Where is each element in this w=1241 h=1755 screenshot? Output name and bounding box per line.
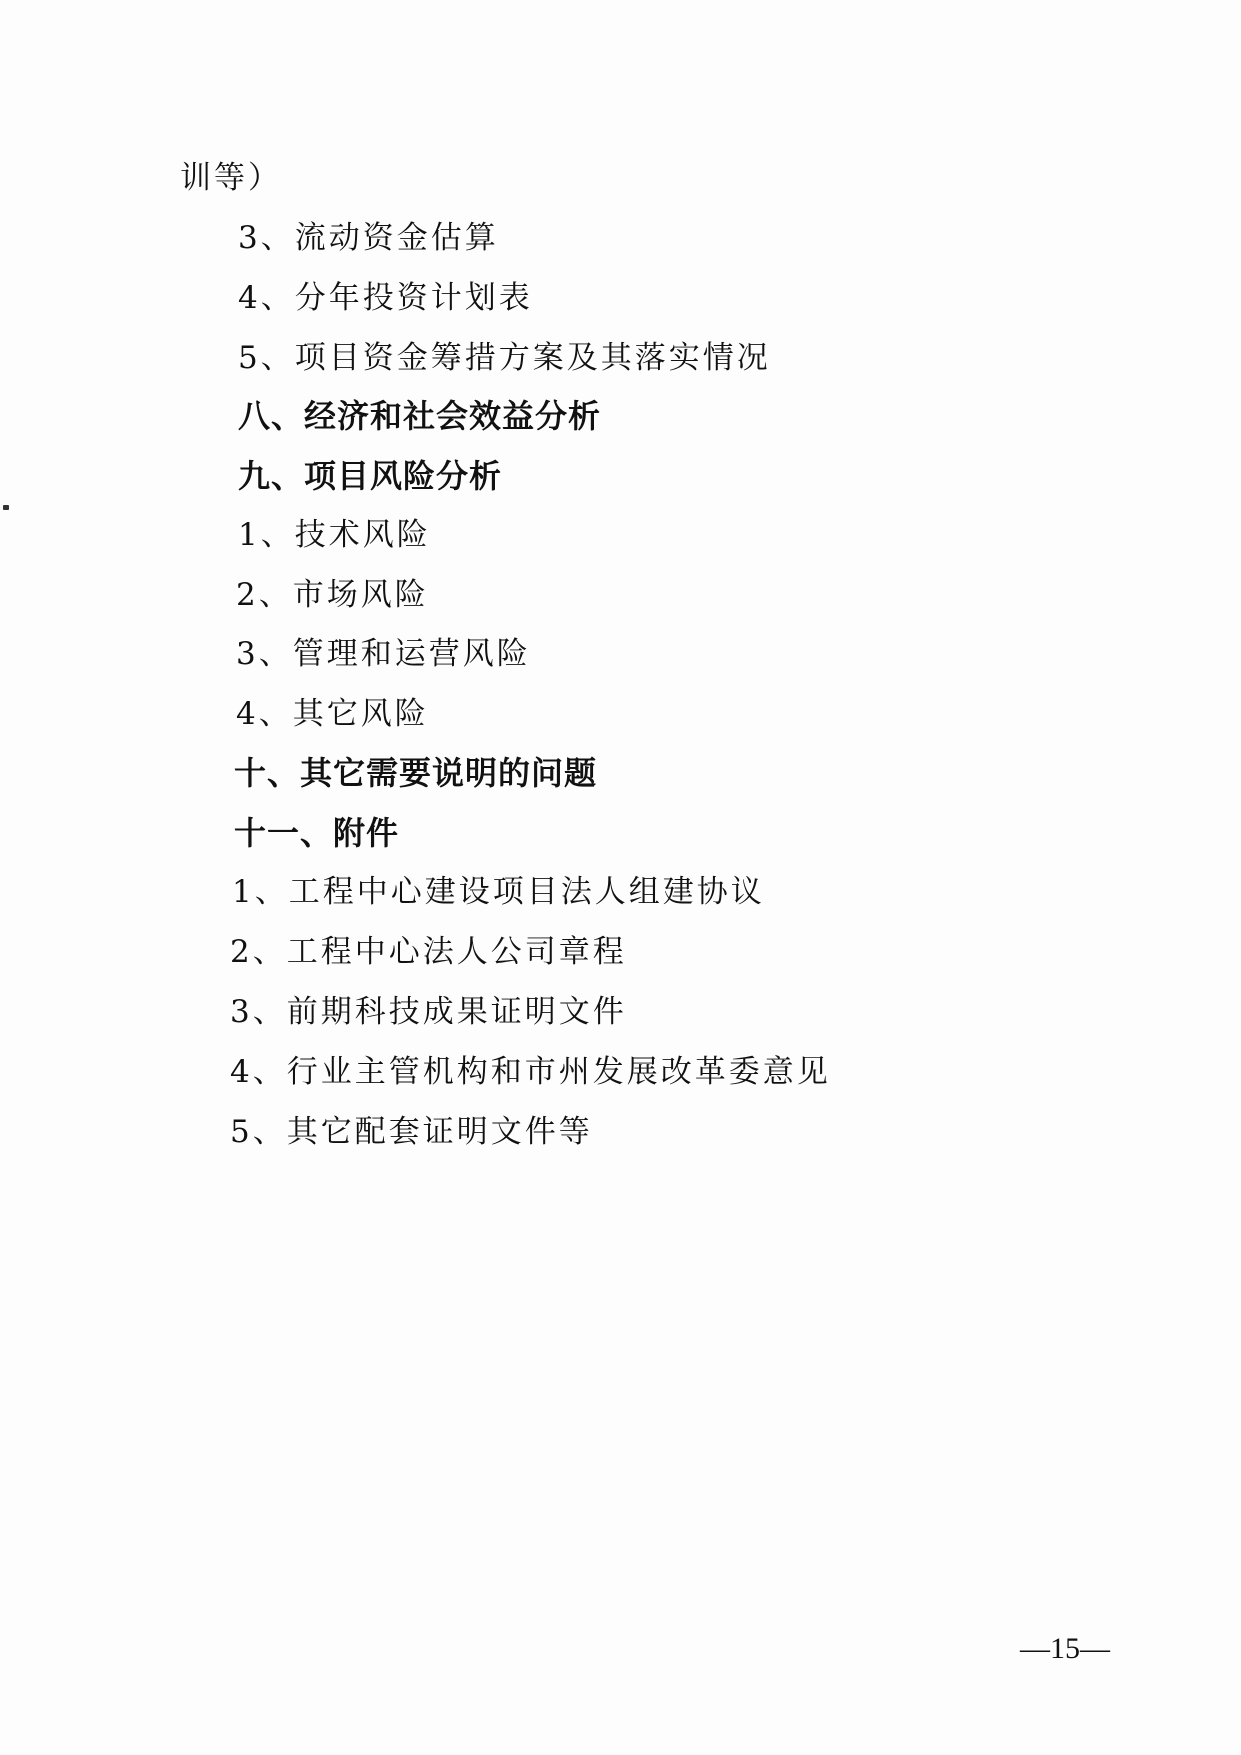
attachment-item-1: 1、工程中心建设项目法人组建协议 [232, 872, 765, 912]
attachment-item-4: 4、行业主管机构和市州发展改革委意见 [230, 1052, 831, 1092]
section-heading-10: 十、其它需要说明的问题 [234, 753, 597, 793]
scan-artifact [3, 505, 9, 510]
section-heading-11: 十一、附件 [234, 813, 399, 853]
continuation-text: 训等） [180, 158, 282, 198]
list-item-technical-risk: 1、技术风险 [238, 515, 431, 555]
section-heading-9: 九、项目风险分析 [238, 456, 502, 496]
page-number: —15— [1020, 1632, 1110, 1666]
list-item-annual-investment-plan: 4、分年投资计划表 [238, 278, 533, 318]
section-heading-8: 八、经济和社会效益分析 [238, 396, 601, 436]
document-page: 训等） 3、流动资金估算 4、分年投资计划表 5、项目资金筹措方案及其落实情况 … [0, 0, 1241, 1755]
attachment-item-2: 2、工程中心法人公司章程 [230, 932, 627, 972]
list-item-market-risk: 2、市场风险 [236, 575, 429, 615]
attachment-item-5: 5、其它配套证明文件等 [230, 1112, 593, 1152]
list-item-management-risk: 3、管理和运营风险 [236, 634, 531, 674]
list-item-funding-scheme: 5、项目资金筹措方案及其落实情况 [238, 338, 771, 378]
list-item-working-capital: 3、流动资金估算 [238, 218, 499, 258]
attachment-item-3: 3、前期科技成果证明文件 [230, 992, 627, 1032]
list-item-other-risk: 4、其它风险 [236, 694, 429, 734]
